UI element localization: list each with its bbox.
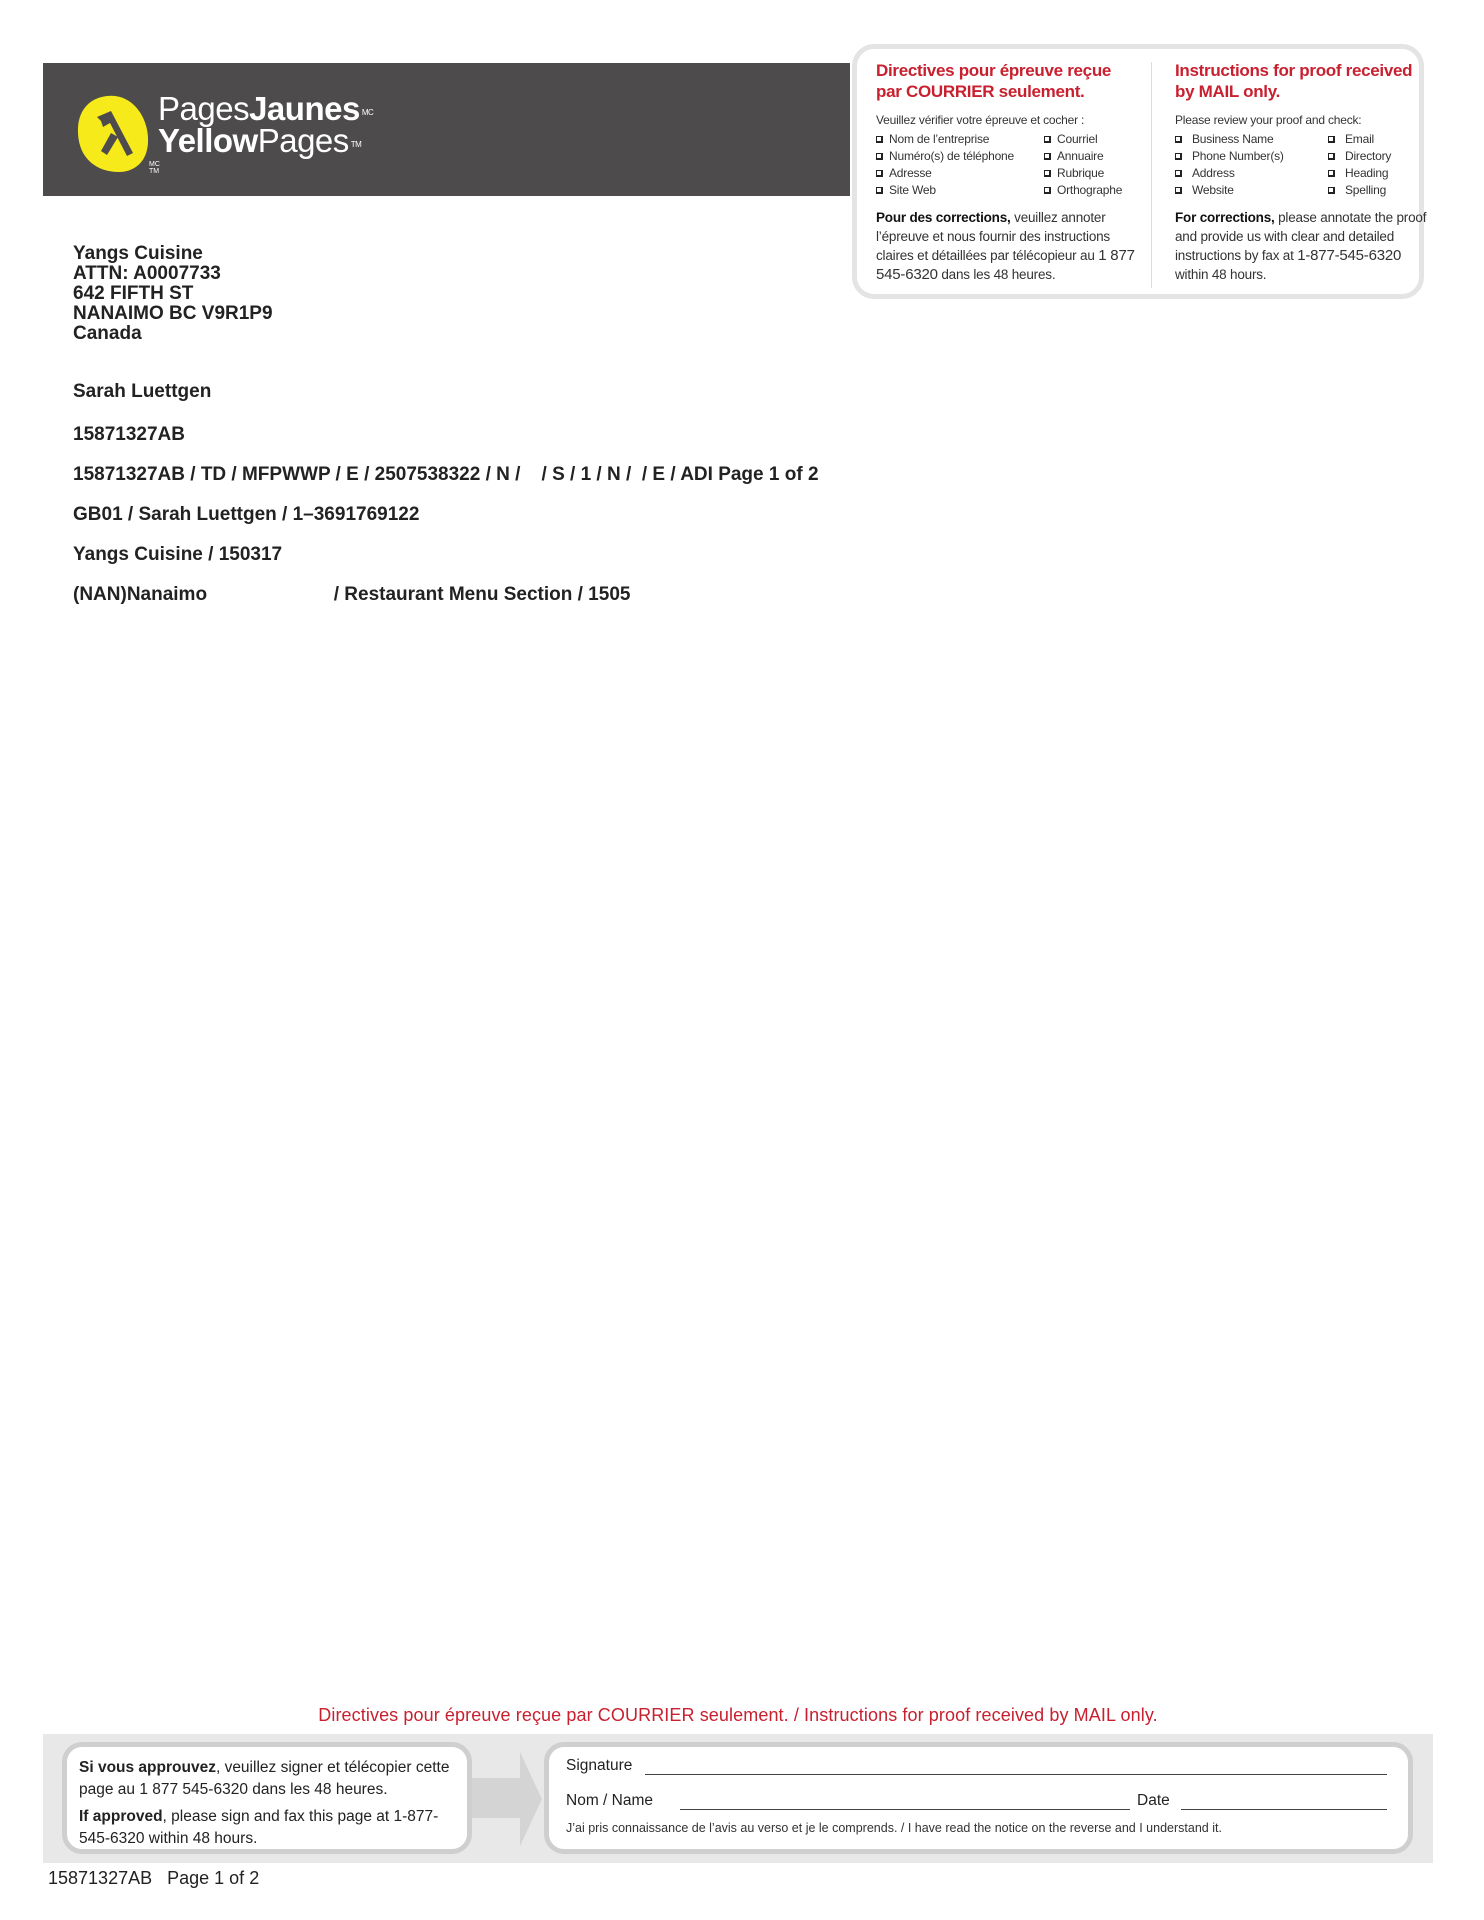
checkbox-icon[interactable] [1175,153,1182,160]
checklist-label: Nom de l’entreprise [889,131,989,148]
checklist-item: Courriel [1044,131,1144,148]
instructions-intro-en: Please review your proof and check: [1175,113,1435,127]
checkbox-icon[interactable] [1328,153,1335,160]
signature-label: Signature [566,1757,632,1775]
contact-name: Sarah Luettgen [73,381,211,403]
approval-text-en: If approved, please sign and fax this pa… [79,1806,455,1850]
instructions-french: Directives pour épreuve reçue par COURRI… [876,60,1136,284]
instructions-title-en: Instructions for proof received by MAIL … [1175,60,1435,102]
checklist-label: Site Web [889,182,936,199]
footer-title: Directives pour épreuve reçue par COURRI… [0,1705,1476,1726]
checklist-label: Address [1192,165,1235,182]
walking-fingers-icon [77,93,149,173]
page-footer: 15871327AB Page 1 of 2 [48,1868,259,1889]
column-divider [1151,62,1152,288]
address-line: ATTN: A0007733 [73,264,273,284]
checklist-item: Annuaire [1044,148,1144,165]
checkbox-icon[interactable] [876,136,883,143]
checklist-label: Annuaire [1057,148,1103,165]
checklist-item: Address [1175,165,1328,182]
address-line: NANAIMO BC V9R1P9 [73,304,273,324]
checkbox-icon[interactable] [876,153,883,160]
checklist-item: Site Web [876,182,1044,199]
checklist-item: Rubrique [1044,165,1144,182]
business-line: Yangs Cuisine / 150317 [73,544,282,566]
signature-box [544,1742,1413,1854]
checklist-item: Email [1328,131,1428,148]
date-field[interactable] [1181,1809,1387,1810]
checklist-label: Website [1192,182,1234,199]
logo-line-english: YellowPagesTM [158,125,373,157]
checkbox-icon[interactable] [1175,187,1182,194]
checklist-label: Orthographe [1057,182,1122,199]
checklist-label: Adresse [889,165,932,182]
checkbox-icon[interactable] [1328,187,1335,194]
checklist-item: Spelling [1328,182,1428,199]
checklist-label: Numéro(s) de téléphone [889,148,1014,165]
approval-text-fr: Si vous approuvez, veuillez signer et té… [79,1757,455,1801]
checklist-label: Business Name [1192,131,1273,148]
arrow-right-icon [472,1750,544,1848]
mailing-address: Yangs Cuisine ATTN: A0007733 642 FIFTH S… [73,244,273,344]
checkbox-icon[interactable] [1044,136,1051,143]
checkbox-icon[interactable] [1044,153,1051,160]
checklist-item: Website [1175,182,1328,199]
rep-line: GB01 / Sarah Luettgen / 1–3691769122 [73,504,419,526]
checklist-item: Adresse [876,165,1044,182]
checklist-item: Heading [1328,165,1428,182]
signature-field[interactable] [645,1774,1387,1775]
checklist-label: Courriel [1057,131,1097,148]
logo-line-french: PagesJaunesMC [158,93,373,125]
checklist-item: Nom de l’entreprise [876,131,1044,148]
checklist-label: Heading [1345,165,1388,182]
instructions-english: Instructions for proof received by MAIL … [1175,60,1435,284]
approval-instructions: Si vous approuvez, veuillez signer et té… [62,1742,472,1854]
checklist-label: Rubrique [1057,165,1104,182]
directory-line: (NAN)Nanaimo / Restaurant Menu Section /… [73,584,630,606]
proof-code: 15871327AB / TD / MFPWWP / E / 250753832… [73,464,819,486]
address-line: Yangs Cuisine [73,244,273,264]
date-label: Date [1137,1792,1170,1810]
trademark-mark: MC TM [149,161,160,175]
address-line: Canada [73,324,273,344]
checklist-item: Directory [1328,148,1428,165]
account-id: 15871327AB [73,424,185,446]
checklist-item: Numéro(s) de téléphone [876,148,1044,165]
checkbox-icon[interactable] [876,170,883,177]
checkbox-icon[interactable] [1328,170,1335,177]
brand-logo: PagesJaunesMC YellowPagesTM [158,93,373,157]
instructions-intro-fr: Veuillez vérifier votre épreuve et coche… [876,113,1136,127]
checkbox-icon[interactable] [1175,136,1182,143]
checklist-label: Phone Number(s) [1192,148,1284,165]
checkbox-icon[interactable] [1328,136,1335,143]
checkbox-icon[interactable] [1044,187,1051,194]
address-line: 642 FIFTH ST [73,284,273,304]
checklist-fr: Nom de l’entrepriseNuméro(s) de téléphon… [876,131,1136,199]
notice-acknowledgement: J’ai pris connaissance de l’avis au vers… [566,1821,1222,1835]
checkbox-icon[interactable] [1175,170,1182,177]
checkbox-icon[interactable] [1044,170,1051,177]
name-field[interactable] [680,1809,1130,1810]
checklist-label: Email [1345,131,1374,148]
checklist-item: Business Name [1175,131,1328,148]
checklist-en: Business NamePhone Number(s)AddressWebsi… [1175,131,1435,199]
corrections-text-fr: Pour des corrections, veuillez annoter l… [876,208,1136,284]
checklist-item: Orthographe [1044,182,1144,199]
instructions-title-fr: Directives pour épreuve reçue par COURRI… [876,60,1136,102]
corrections-text-en: For corrections, please annotate the pro… [1175,208,1435,284]
checklist-item: Phone Number(s) [1175,148,1328,165]
checkbox-icon[interactable] [876,187,883,194]
checklist-label: Spelling [1345,182,1386,199]
checklist-label: Directory [1345,148,1391,165]
name-label: Nom / Name [566,1792,653,1810]
